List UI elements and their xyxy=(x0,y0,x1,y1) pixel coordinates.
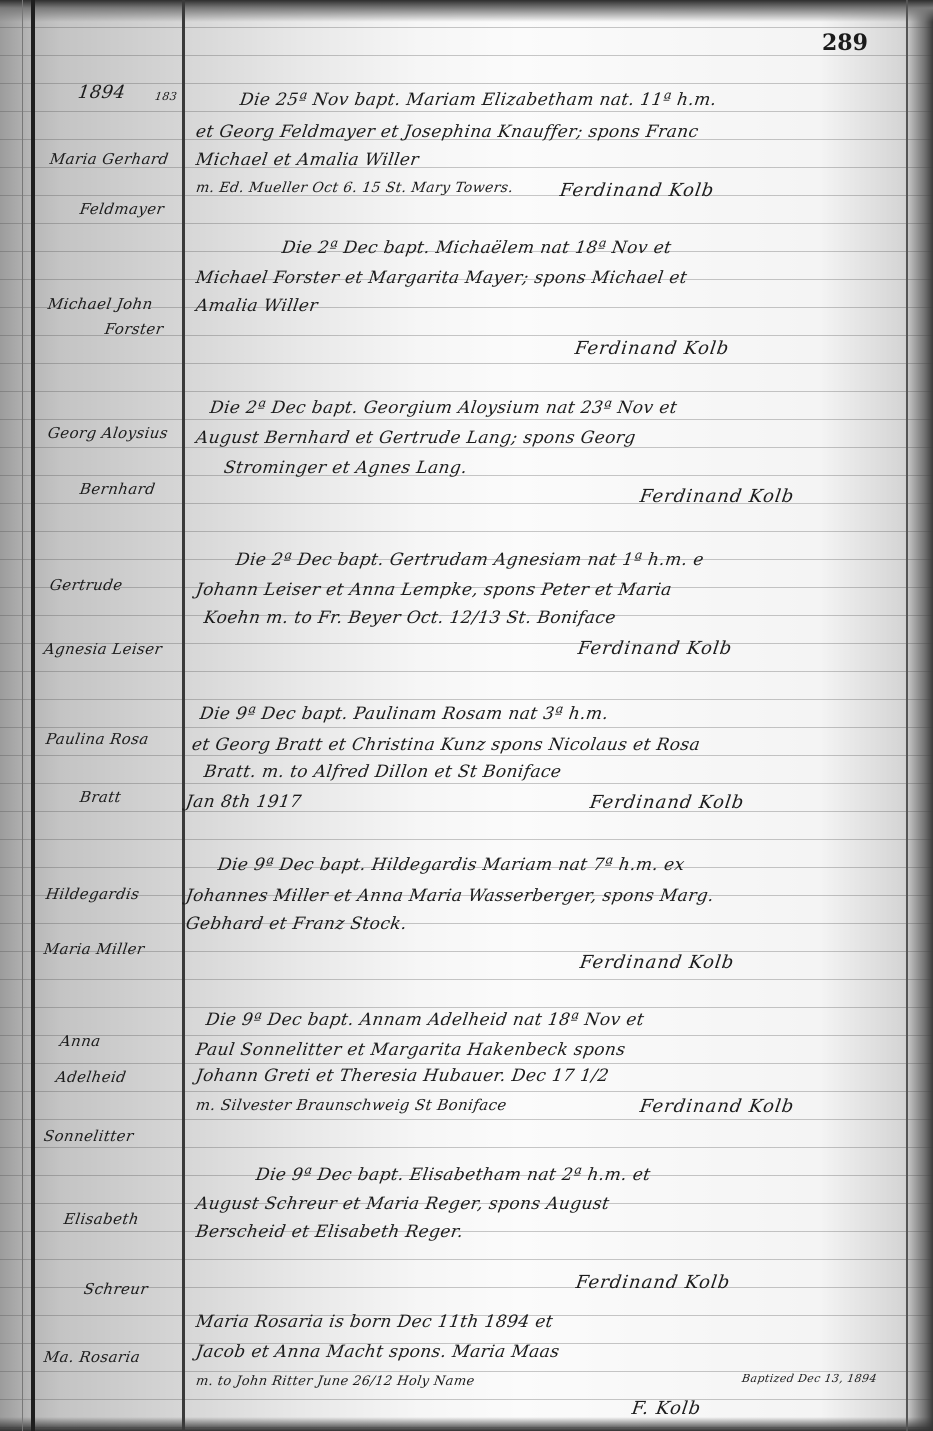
entry-line: Amalia Willer xyxy=(195,296,320,316)
entry-line: et Georg Bratt et Christina Kunz spons N… xyxy=(191,735,702,755)
margin-name: Ma. Rosaria xyxy=(43,1348,142,1366)
entry-number: 183 xyxy=(154,90,178,103)
name-column-rule xyxy=(182,0,185,1431)
entry-line: Bratt. m. to Alfred Dillon et St Bonifac… xyxy=(203,762,563,782)
priest-signature: Ferdinand Kolb xyxy=(559,180,716,201)
entry-line: Die 25ª Nov bapt. Mariam Elizabetham nat… xyxy=(239,90,718,110)
register-year: 1894 xyxy=(77,82,127,103)
margin-name: Gertrude xyxy=(49,576,124,594)
priest-signature: Ferdinand Kolb xyxy=(577,638,734,659)
entry-line: Johannes Miller et Anna Maria Wasserberg… xyxy=(185,886,716,906)
entry-line: Die 2ª Dec bapt. Gertrudam Agnesiam nat … xyxy=(235,550,706,570)
entry-line: et Georg Feldmayer et Josephina Knauffer… xyxy=(195,122,700,142)
margin-name: Bratt xyxy=(79,788,123,806)
entry-line: Johann Leiser et Anna Lempke, spons Pete… xyxy=(195,580,673,600)
entry-line: Die 9ª Dec bapt. Hildegardis Mariam nat … xyxy=(217,855,686,875)
margin-name: Maria Miller xyxy=(43,940,146,958)
entry-line: Paul Sonnelitter et Margarita Hakenbeck … xyxy=(195,1040,627,1060)
page-bottom-edge-shadow xyxy=(0,1417,933,1431)
margin-name: Schreur xyxy=(83,1280,150,1298)
margin-name: Michael John xyxy=(47,295,154,313)
entry-line: Die 9ª Dec bapt. Elisabetham nat 2ª h.m.… xyxy=(255,1165,652,1185)
priest-signature: Ferdinand Kolb xyxy=(575,1272,732,1293)
margin-name: Adelheid xyxy=(55,1068,128,1086)
priest-signature: Ferdinand Kolb xyxy=(639,486,796,507)
entry-line: August Bernhard et Gertrude Lang; spons … xyxy=(195,428,637,448)
margin-name: Elisabeth xyxy=(63,1210,140,1228)
priest-signature: Ferdinand Kolb xyxy=(574,338,731,359)
page-number: 289 xyxy=(822,30,868,56)
entry-line: Strominger et Agnes Lang. xyxy=(223,458,469,478)
margin-name: Hildegardis xyxy=(45,885,141,903)
entry-line: Michael Forster et Margarita Mayer; spon… xyxy=(195,268,689,288)
right-edge-rule xyxy=(906,0,908,1431)
baptism-date-annotation: Baptized Dec 13, 1894 xyxy=(741,1372,878,1385)
entry-line: m. to John Ritter June 26/12 Holy Name xyxy=(195,1374,476,1389)
priest-signature: Ferdinand Kolb xyxy=(579,952,736,973)
entry-line: m. Ed. Mueller Oct 6. 15 St. Mary Towers… xyxy=(195,180,515,196)
page-top-edge-shadow xyxy=(0,0,933,22)
entry-line: Die 2ª Dec bapt. Georgium Aloysium nat 2… xyxy=(209,398,679,418)
margin-name: Agnesia Leiser xyxy=(43,640,164,658)
entry-line: Die 2ª Dec bapt. Michaëlem nat 18ª Nov e… xyxy=(281,238,673,258)
entry-line: Koehn m. to Fr. Beyer Oct. 12/13 St. Bon… xyxy=(203,608,618,628)
entry-line: Jacob et Anna Macht spons. Maria Maas xyxy=(195,1342,561,1362)
priest-signature: F. Kolb xyxy=(631,1398,703,1419)
entry-line: Die 9ª Dec bapt. Annam Adelheid nat 18ª … xyxy=(205,1010,646,1030)
margin-name: Anna xyxy=(59,1032,102,1050)
entry-line: Die 9ª Dec bapt. Paulinam Rosam nat 3ª h… xyxy=(199,704,610,724)
margin-name: Maria Gerhard xyxy=(49,150,170,168)
left-margin-thin-rule xyxy=(22,0,23,1431)
register-page: 289 1894 183 Maria Gerhard Feldmayer Mic… xyxy=(0,0,933,1431)
entry-line: Gebhard et Franz Stock. xyxy=(185,914,409,934)
margin-name: Forster xyxy=(104,320,165,338)
entry-line: Jan 8th 1917 xyxy=(185,792,303,812)
entry-line: Michael et Amalia Willer xyxy=(195,150,421,170)
entry-line: Johann Greti et Theresia Hubauer. Dec 17… xyxy=(195,1066,611,1086)
priest-signature: Ferdinand Kolb xyxy=(589,792,746,813)
margin-name: Sonnelitter xyxy=(43,1127,135,1145)
entry-line: Berscheid et Elisabeth Reger. xyxy=(195,1222,465,1242)
entry-line: m. Silvester Braunschweig St Boniface xyxy=(195,1096,508,1114)
entry-line: Maria Rosaria is born Dec 11th 1894 et xyxy=(195,1312,555,1332)
margin-name: Bernhard xyxy=(79,480,157,498)
margin-name: Paulina Rosa xyxy=(45,730,150,748)
priest-signature: Ferdinand Kolb xyxy=(639,1096,796,1117)
margin-name: Feldmayer xyxy=(79,200,166,218)
entry-line: August Schreur et Maria Reger, spons Aug… xyxy=(195,1194,611,1214)
left-column-rule xyxy=(31,0,35,1431)
margin-name: Georg Aloysius xyxy=(47,424,170,442)
